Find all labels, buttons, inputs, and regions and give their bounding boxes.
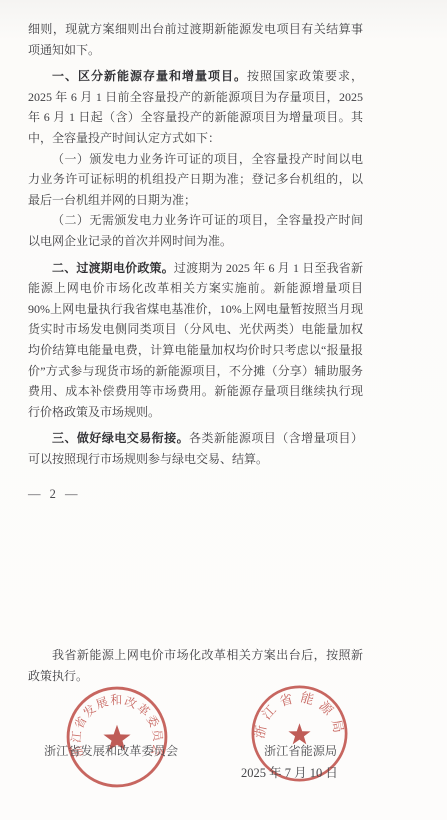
- official-seal-drc: 浙江省发展和改革委员会: [64, 684, 170, 790]
- paragraph-item-2: （二）无需颁发电力业务许可证的项目，全容量投产时间以电网企业记录的首次并网时间为…: [28, 210, 363, 251]
- page-number: — 2 —: [28, 484, 363, 505]
- closing-paragraph: 我省新能源上网电价市场化改革相关方案出台后，按照新政策执行。: [28, 645, 363, 687]
- paragraph-intro: 细则，现就方案细则出台前过渡期新能源发电项目有关结算事项通知如下。: [28, 19, 363, 60]
- paragraph-section-3: 三、做好绿电交易衔接。各类新能源项目（含增量项目）可以按照现行市场规则参与绿电交…: [28, 428, 363, 469]
- paragraph-section-2: 二、过渡期电价政策。过渡期为 2025 年 6 月 1 日至我省新能源上网电价市…: [28, 258, 363, 423]
- signature-org-left: 浙江省发展和改革委员会: [44, 742, 178, 759]
- section-1-heading: 一、区分新能源存量和增量项目。: [52, 69, 247, 83]
- document-page: 细则，现就方案细则出台前过渡期新能源发电项目有关结算事项通知如下。 一、区分新能…: [0, 0, 447, 820]
- document-body: 细则，现就方案细则出台前过渡期新能源发电项目有关结算事项通知如下。 一、区分新能…: [28, 19, 363, 505]
- section-2-heading: 二、过渡期电价政策。: [52, 261, 174, 275]
- paragraph-item-1: （一）颁发电力业务许可证的项目，全容量投产时间以电力业务许可证标明的机组投产日期…: [28, 149, 363, 211]
- section-2-text: 过渡期为 2025 年 6 月 1 日至我省新能源上网电价市场化改革相关方案实施…: [28, 261, 363, 419]
- signature-date: 2025 年 7 月 10 日: [241, 763, 338, 781]
- section-3-heading: 三、做好绿电交易衔接。: [52, 431, 189, 445]
- paragraph-section-1: 一、区分新能源存量和增量项目。按照国家政策要求，2025 年 6 月 1 日前全…: [28, 66, 363, 148]
- signature-org-right: 浙江省能源局: [264, 742, 337, 759]
